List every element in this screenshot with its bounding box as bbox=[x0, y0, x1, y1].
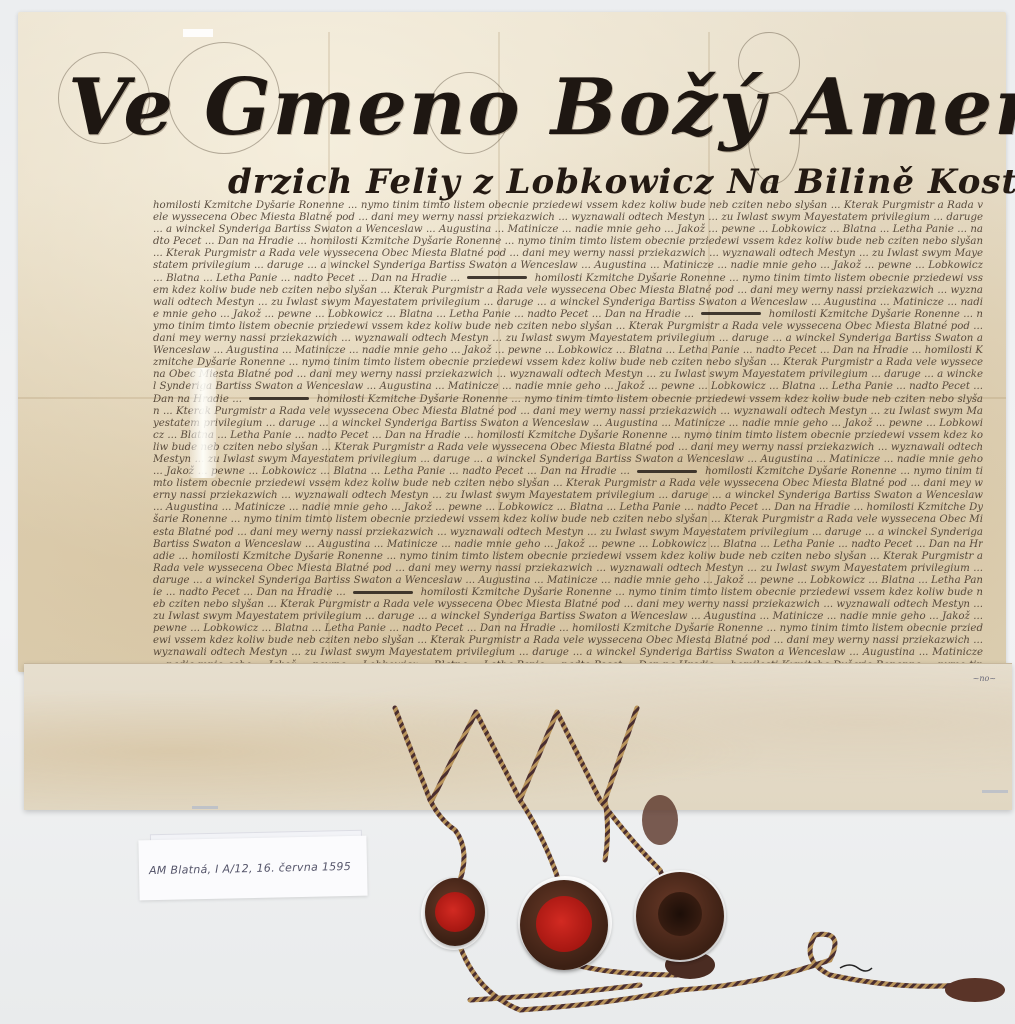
plica-archive-mark: ~no~ bbox=[973, 674, 996, 683]
seal-1 bbox=[425, 878, 485, 946]
mount-clip bbox=[192, 806, 218, 809]
ink-stroke bbox=[701, 312, 761, 315]
archive-label-card: AM Blatná, I A/12, 16. června 1595 bbox=[138, 836, 367, 901]
archive-label-text: AM Blatná, I A/12, 16. června 1595 bbox=[149, 860, 351, 877]
seal-3 bbox=[636, 872, 724, 960]
glass-reflection bbox=[190, 368, 216, 478]
seal-2 bbox=[520, 880, 608, 970]
heading-invocation: Ve Gmeno Božý Amen Ja Wol bbox=[68, 62, 1015, 153]
heading-intitulation: drzich Feliy z Lobkowicz Na Bilině Kosti… bbox=[228, 162, 1015, 202]
parchment-charter: Ve Gmeno Božý Amen Ja Wol drzich Feliy z… bbox=[18, 12, 1006, 672]
ink-stroke bbox=[637, 470, 697, 473]
red-wax-impression bbox=[435, 892, 475, 932]
damaged-wax-impression bbox=[658, 892, 702, 936]
charter-body-text: homilosti Kzmitche Dyšarie Ronenne ... n… bbox=[153, 200, 983, 680]
red-wax-impression bbox=[536, 896, 592, 952]
glass-reflection bbox=[183, 29, 213, 37]
ink-stroke bbox=[249, 397, 309, 400]
plica-fold: ~no~ bbox=[24, 663, 1012, 810]
charter-heading: Ve Gmeno Božý Amen Ja Wol drzich Feliy z… bbox=[48, 32, 998, 197]
ink-stroke bbox=[467, 276, 527, 279]
mount-clip bbox=[982, 790, 1008, 793]
ink-stroke bbox=[353, 591, 413, 594]
